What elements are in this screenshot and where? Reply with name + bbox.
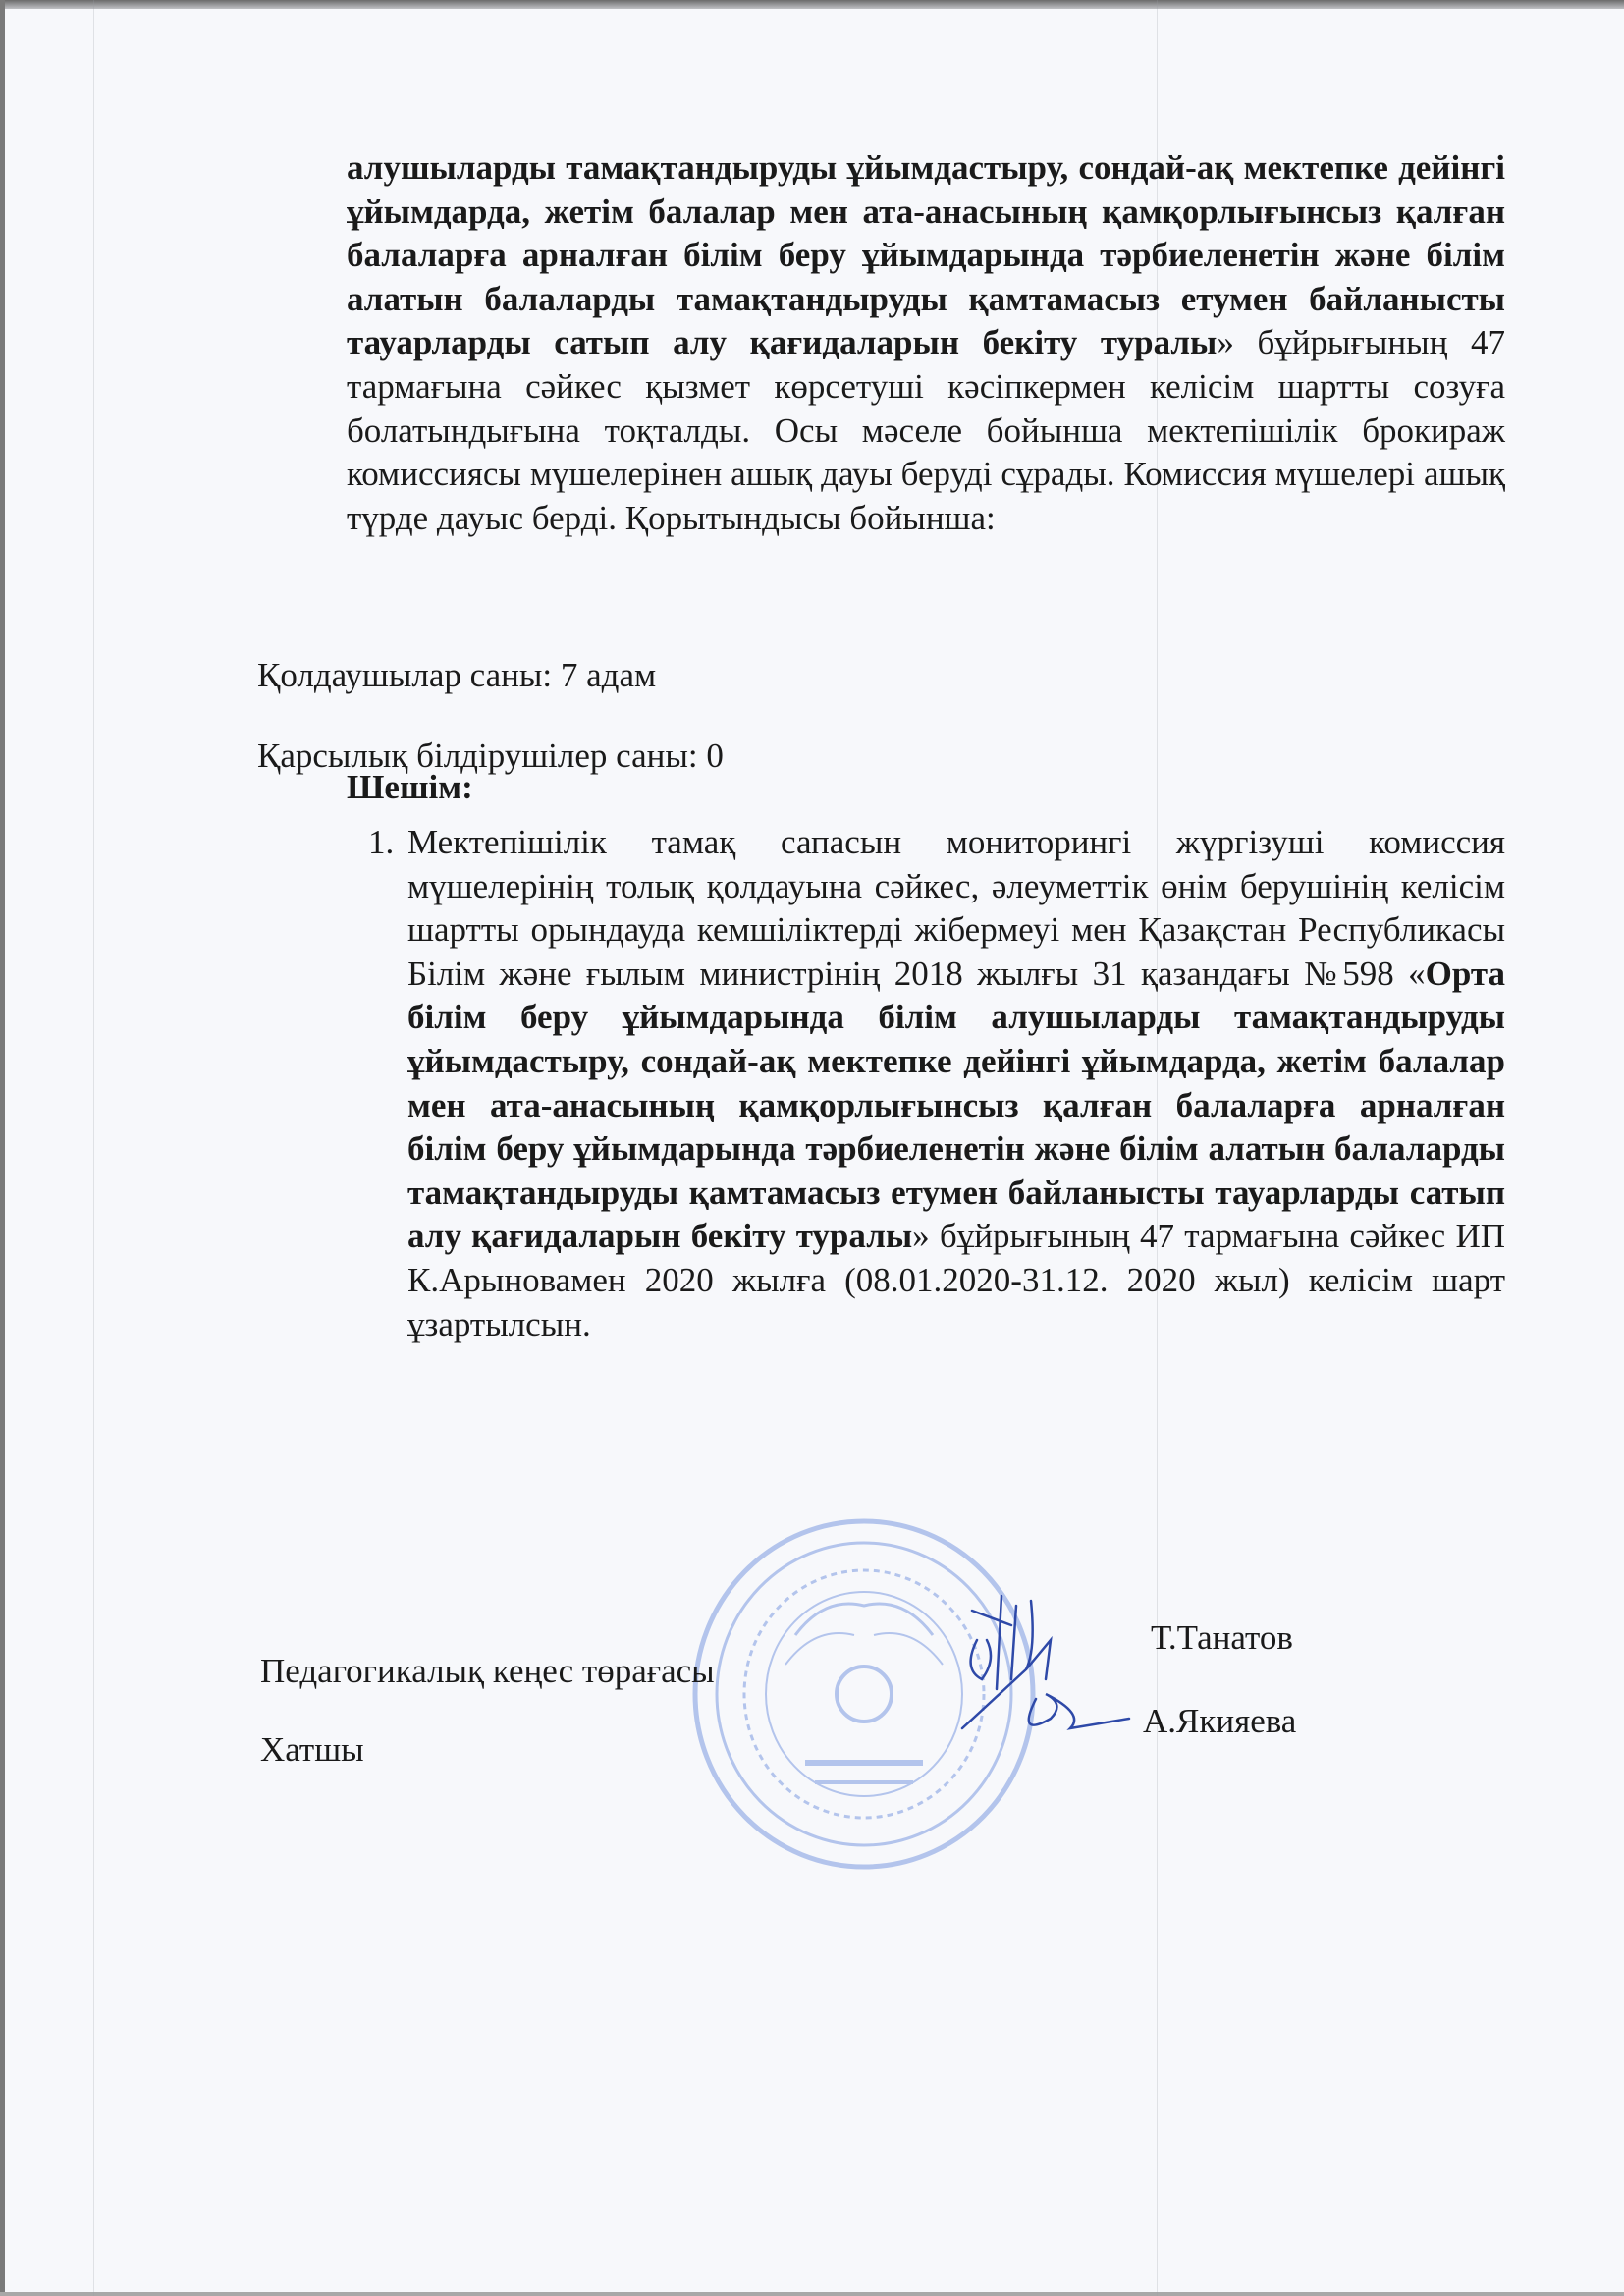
votes-against: Қарсылық білдірушілер саны: 0	[257, 737, 724, 776]
chairman-name: Т.Танатов	[1151, 1618, 1293, 1658]
votes-for: Қолдаушылар саны: 7 адам	[257, 656, 724, 695]
chairman-role: Педагогикалық кеңес төрағасы	[260, 1652, 715, 1691]
decision-item: 1. Мектепішілік тамақ сапасын мониторинг…	[368, 821, 1505, 1346]
secretary-name: А.Якияева	[1143, 1702, 1296, 1741]
scan-edge-top	[0, 0, 1624, 9]
signature-icon	[957, 1581, 1173, 1748]
secretary-role: Хатшы	[260, 1730, 364, 1770]
scan-edge-left	[0, 0, 5, 2296]
paper-crease	[93, 0, 94, 2296]
vote-results: Қолдаушылар саны: 7 адам Қарсылық білдір…	[257, 656, 724, 817]
decision-item-number: 1.	[368, 821, 394, 865]
decision-text-part1: Мектепішілік тамақ сапасын мониторингі ж…	[407, 823, 1505, 993]
continuation-paragraph: алушыларды тамақтандыруды ұйымдастыру, с…	[347, 146, 1505, 540]
scan-edge-bottom	[0, 2292, 1624, 2296]
decision-order-title-bold: Орта білім беру ұйымдарында білім алушыл…	[407, 955, 1505, 1256]
decision-heading: Шешім:	[347, 768, 473, 807]
decision-item-body: Мектепішілік тамақ сапасын мониторингі ж…	[407, 821, 1505, 1346]
